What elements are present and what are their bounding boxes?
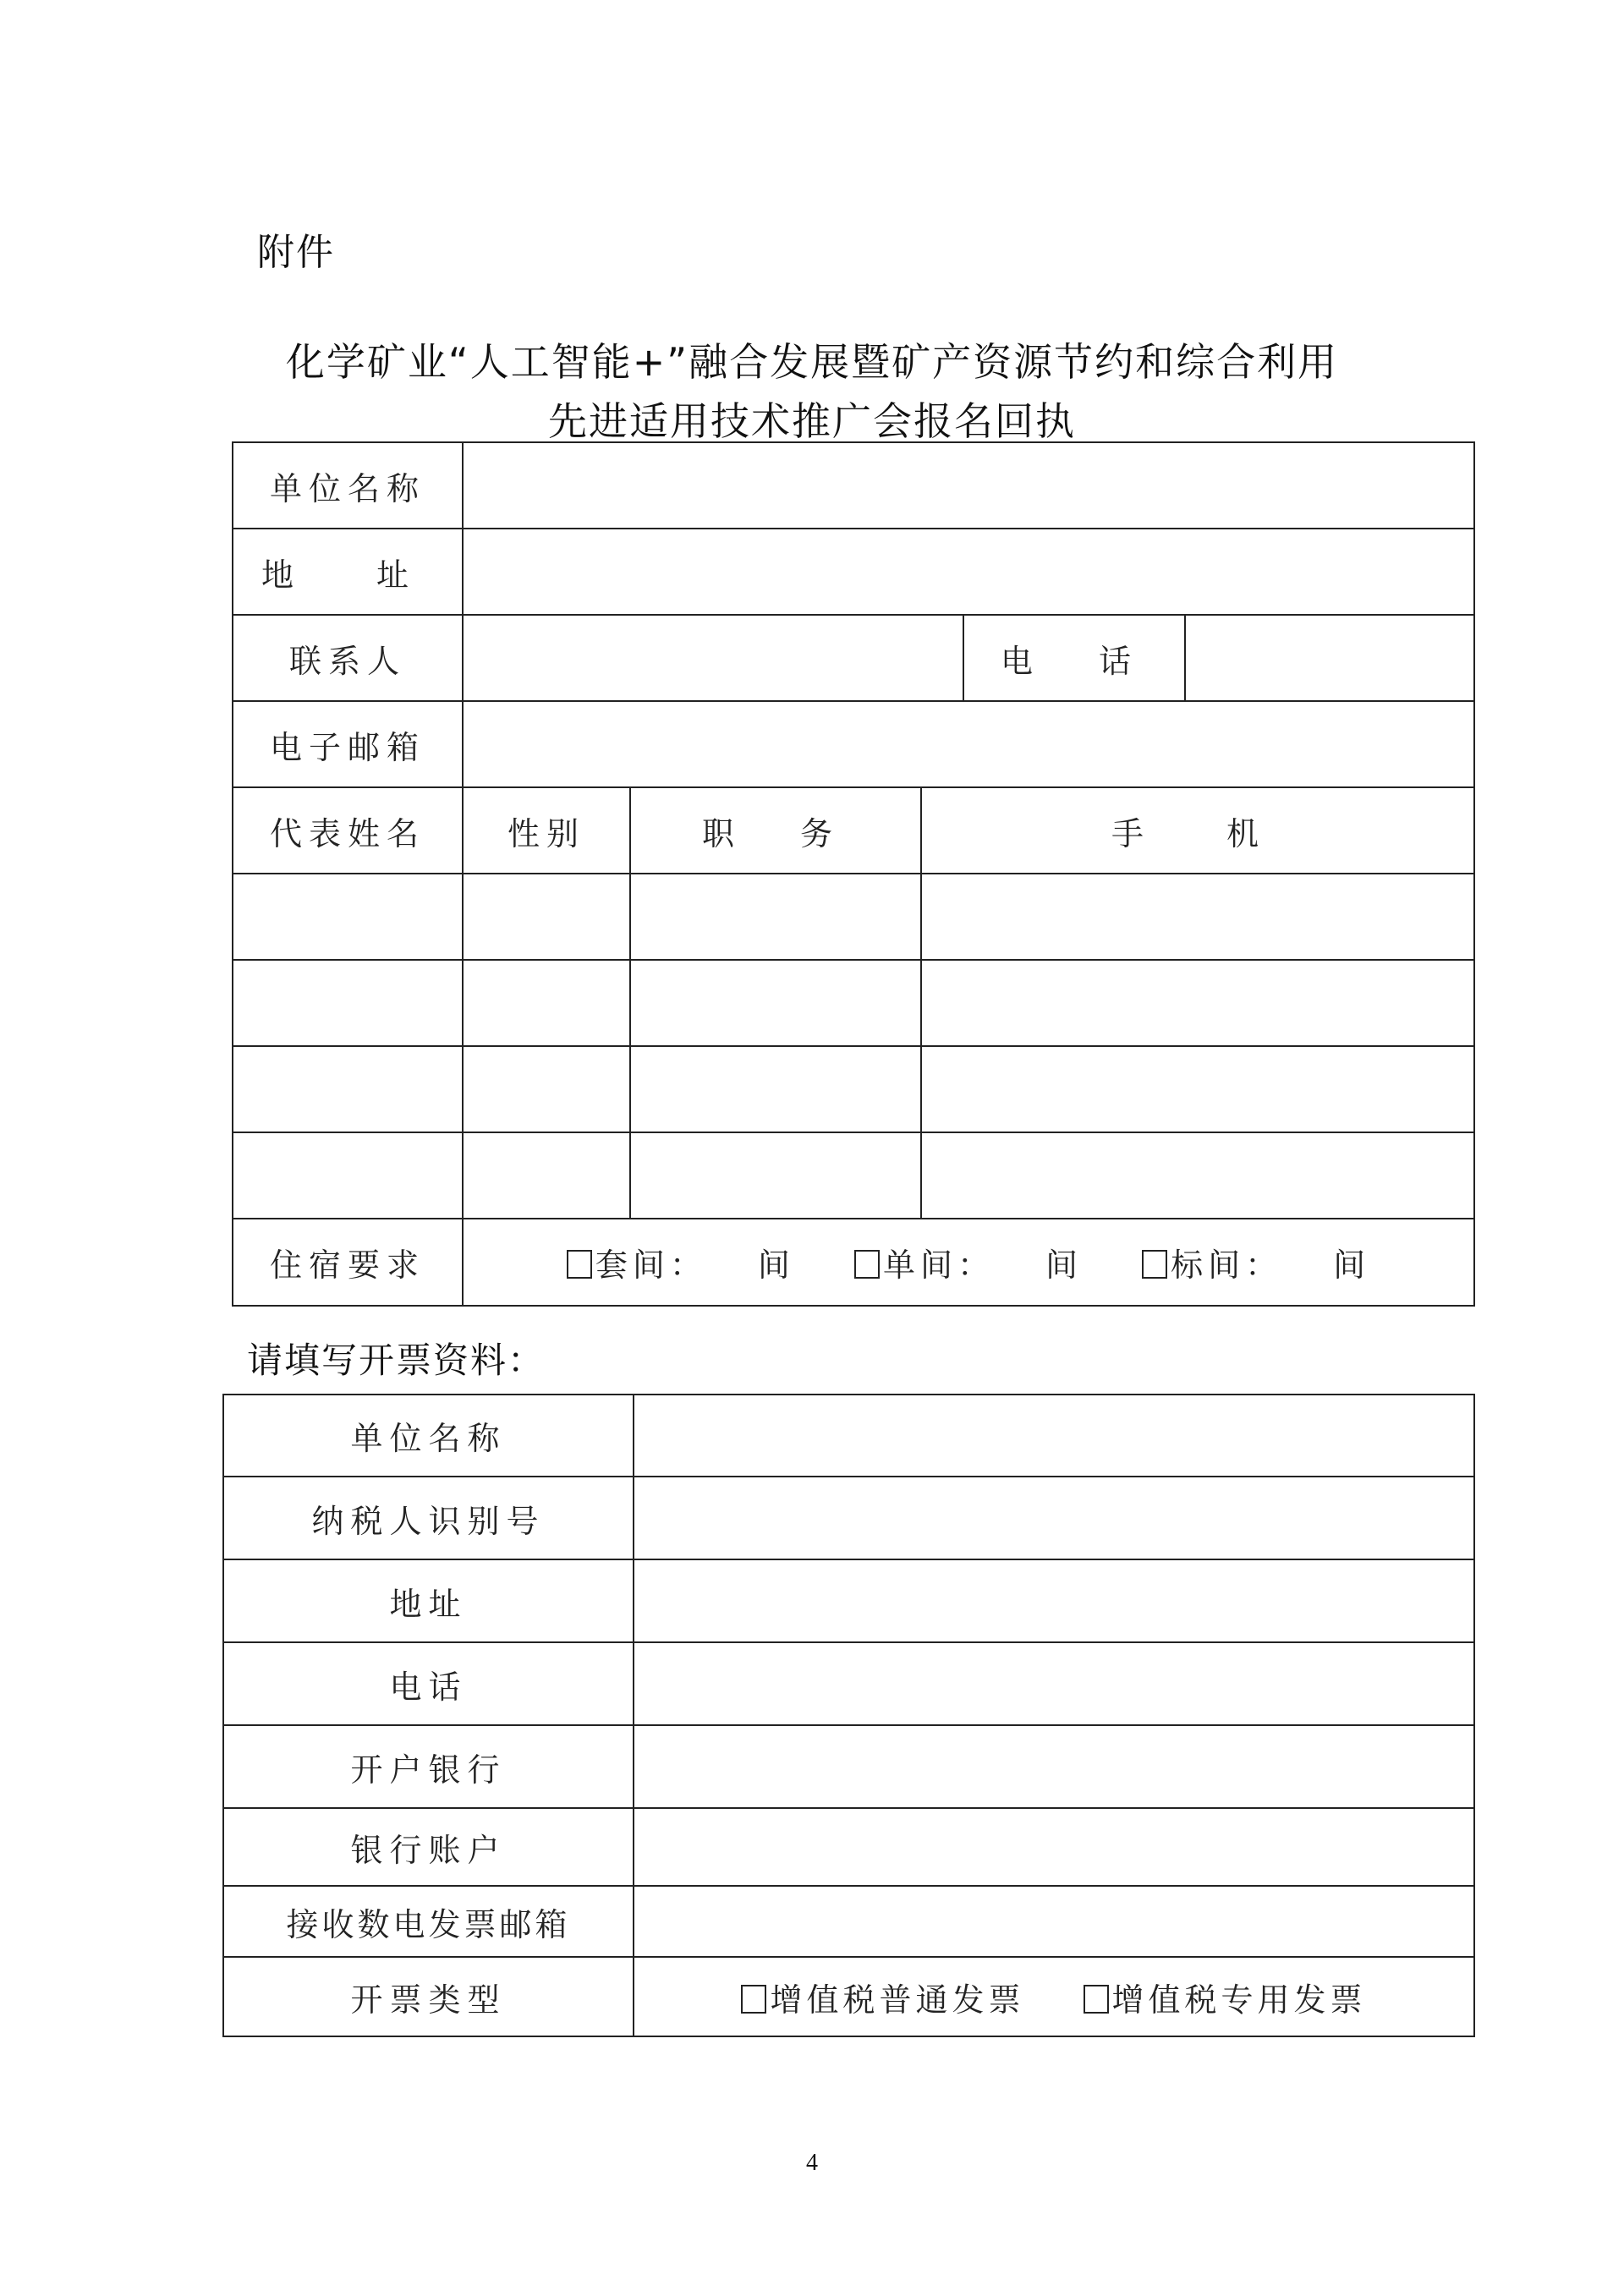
- taxpayer-id-label: 纳税人识别号: [223, 1477, 634, 1559]
- invoice-unit-name-field[interactable]: [634, 1395, 1474, 1477]
- col-header-position: 职 务: [630, 787, 921, 874]
- email-field[interactable]: [463, 701, 1474, 787]
- invoice-type-general-option[interactable]: 增值税普通发票: [741, 1974, 1024, 2020]
- table-row: [233, 1046, 1474, 1132]
- table-row: [233, 1132, 1474, 1219]
- rep-name-field[interactable]: [233, 1046, 463, 1132]
- unit-name-label: 单位名称: [233, 442, 463, 529]
- checkbox-icon[interactable]: [741, 1985, 766, 2014]
- rep-gender-field[interactable]: [463, 960, 630, 1046]
- invoice-address-field[interactable]: [634, 1559, 1474, 1642]
- e-invoice-email-field[interactable]: [634, 1886, 1474, 1957]
- address-field[interactable]: [463, 529, 1474, 615]
- invoice-phone-field[interactable]: [634, 1642, 1474, 1725]
- rep-name-field[interactable]: [233, 1132, 463, 1219]
- e-invoice-email-label: 接收数电发票邮箱: [223, 1886, 634, 1957]
- taxpayer-id-field[interactable]: [634, 1477, 1474, 1559]
- checkbox-icon[interactable]: [1142, 1250, 1167, 1279]
- accommodation-suite-option[interactable]: 套间：间: [567, 1239, 795, 1285]
- document-title-line2: 先进适用技术推广会报名回执: [0, 391, 1624, 447]
- checkbox-icon[interactable]: [567, 1250, 592, 1279]
- document-title-line1: 化学矿业“人工智能+”融合发展暨矿产资源节约和综合利用: [0, 332, 1624, 387]
- unit-name-field[interactable]: [463, 442, 1474, 529]
- rep-mobile-field[interactable]: [921, 960, 1474, 1046]
- invoice-section-heading: 请填写开票资料：: [247, 1333, 545, 1384]
- rep-gender-field[interactable]: [463, 1046, 630, 1132]
- accommodation-options: 套间：间 单间：间 标间：间: [463, 1219, 1474, 1306]
- col-header-mobile: 手 机: [921, 787, 1474, 874]
- table-row: [233, 960, 1474, 1046]
- rep-mobile-field[interactable]: [921, 874, 1474, 960]
- invoice-unit-name-label: 单位名称: [223, 1395, 634, 1477]
- rep-mobile-field[interactable]: [921, 1132, 1474, 1219]
- invoice-type-label: 开票类型: [223, 1957, 634, 2036]
- page-number: 4: [0, 2150, 1624, 2177]
- registration-table: 单位名称 地 址 联系人 电 话 电子邮箱 代表姓名 性别 职 务 手 机: [232, 441, 1475, 1307]
- rep-position-field[interactable]: [630, 874, 921, 960]
- rep-position-field[interactable]: [630, 1132, 921, 1219]
- bank-account-field[interactable]: [634, 1808, 1474, 1886]
- checkbox-icon[interactable]: [1084, 1985, 1109, 2014]
- rep-name-field[interactable]: [233, 874, 463, 960]
- accommodation-single-option[interactable]: 单间：间: [854, 1239, 1083, 1285]
- invoice-address-label: 地址: [223, 1559, 634, 1642]
- contact-label: 联系人: [233, 615, 463, 701]
- address-label: 地 址: [233, 529, 463, 615]
- attachment-label: 附件: [257, 222, 335, 276]
- rep-mobile-field[interactable]: [921, 1046, 1474, 1132]
- rep-name-field[interactable]: [233, 960, 463, 1046]
- accommodation-label: 住宿要求: [233, 1219, 463, 1306]
- rep-position-field[interactable]: [630, 1046, 921, 1132]
- contact-field[interactable]: [463, 615, 963, 701]
- bank-account-label: 银行账户: [223, 1808, 634, 1886]
- rep-position-field[interactable]: [630, 960, 921, 1046]
- col-header-gender: 性别: [463, 787, 630, 874]
- col-header-name: 代表姓名: [233, 787, 463, 874]
- bank-name-label: 开户银行: [223, 1725, 634, 1808]
- rep-gender-field[interactable]: [463, 1132, 630, 1219]
- checkbox-icon[interactable]: [854, 1250, 880, 1279]
- invoice-phone-label: 电话: [223, 1642, 634, 1725]
- invoice-type-special-option[interactable]: 增值税专用发票: [1084, 1974, 1367, 2020]
- phone-label: 电 话: [963, 615, 1185, 701]
- rep-gender-field[interactable]: [463, 874, 630, 960]
- invoice-type-options: 增值税普通发票 增值税专用发票: [634, 1957, 1474, 2036]
- invoice-table: 单位名称 纳税人识别号 地址 电话 开户银行 银行账户 接收数电发票邮箱 开票类…: [222, 1394, 1475, 2037]
- phone-field[interactable]: [1185, 615, 1474, 701]
- accommodation-standard-option[interactable]: 标间：间: [1142, 1239, 1370, 1285]
- table-row: [233, 874, 1474, 960]
- email-label: 电子邮箱: [233, 701, 463, 787]
- bank-name-field[interactable]: [634, 1725, 1474, 1808]
